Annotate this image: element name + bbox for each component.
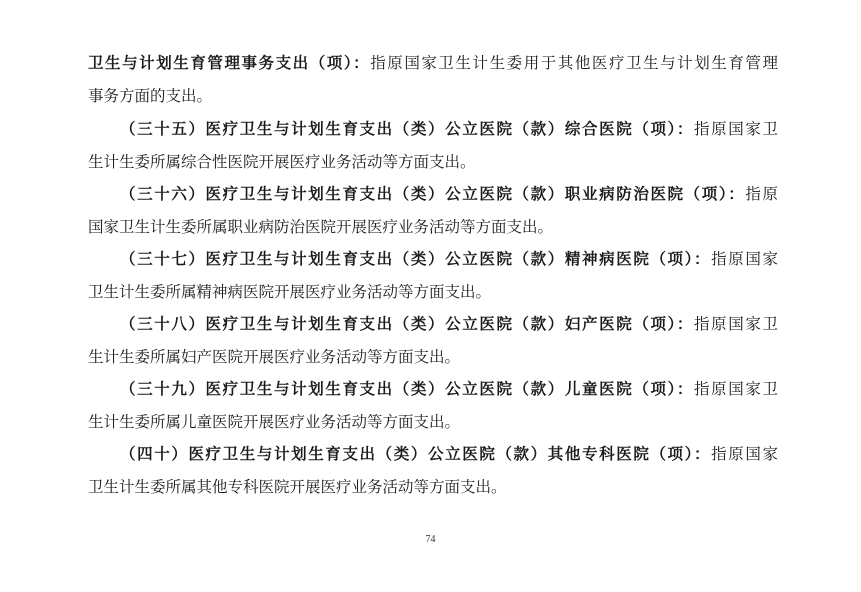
item-heading: （四十）医疗卫生与计划生育支出（类）公立医院（款）其他专科医院（项）：: [120, 445, 711, 463]
item-description: 事务方面的支出。: [88, 87, 212, 105]
paragraph-line: （三十六）医疗卫生与计划生育支出（类）公立医院（款）职业病防治医院（项）：指原: [120, 182, 778, 206]
item-heading: （三十七）医疗卫生与计划生育支出（类）公立医院（款）精神病医院（项）：: [120, 250, 711, 268]
item-description: 生计生委所属妇产医院开展医疗业务活动等方面支出。: [88, 348, 460, 366]
item-description: 指原国家卫生计生委用于其他医疗卫生与计划生育管理: [370, 54, 778, 72]
paragraph-line: （四十）医疗卫生与计划生育支出（类）公立医院（款）其他专科医院（项）：指原国家: [120, 442, 778, 466]
item-description: 指原国家: [711, 250, 778, 268]
item-description: 卫生计生委所属其他专科医院开展医疗业务活动等方面支出。: [88, 478, 507, 496]
paragraph-line: 生计生委所属儿童医院开展医疗业务活动等方面支出。: [88, 410, 778, 434]
item-heading: （三十九）医疗卫生与计划生育支出（类）公立医院（款）儿童医院（项）：: [120, 380, 694, 398]
item-description: 指原国家卫: [694, 380, 778, 398]
paragraph-line: 卫生计生委所属其他专科医院开展医疗业务活动等方面支出。: [88, 475, 778, 499]
item-description: 生计生委所属儿童医院开展医疗业务活动等方面支出。: [88, 413, 460, 431]
document-page: 卫生与计划生育管理事务支出（项）：指原国家卫生计生委用于其他医疗卫生与计划生育管…: [0, 0, 861, 592]
item-description: 卫生计生委所属精神病医院开展医疗业务活动等方面支出。: [88, 283, 491, 301]
item-description: 生计生委所属综合性医院开展医疗业务活动等方面支出。: [88, 153, 476, 171]
paragraph-line: 卫生计生委所属精神病医院开展医疗业务活动等方面支出。: [88, 280, 778, 304]
paragraph-line: 国家卫生计生委所属职业病防治医院开展医疗业务活动等方面支出。: [88, 215, 778, 239]
item-heading: （三十八）医疗卫生与计划生育支出（类）公立医院（款）妇产医院（项）：: [120, 315, 694, 333]
paragraph-line: 生计生委所属妇产医院开展医疗业务活动等方面支出。: [88, 345, 778, 369]
item-heading: 卫生与计划生育管理事务支出（项）：: [88, 54, 370, 72]
paragraph-line: 生计生委所属综合性医院开展医疗业务活动等方面支出。: [88, 150, 778, 174]
item-heading: （三十六）医疗卫生与计划生育支出（类）公立医院（款）职业病防治医院（项）：: [120, 185, 745, 203]
item-description: 指原: [745, 185, 778, 203]
paragraph-line: 事务方面的支出。: [88, 84, 778, 108]
paragraph-line: （三十九）医疗卫生与计划生育支出（类）公立医院（款）儿童医院（项）：指原国家卫: [120, 377, 778, 401]
page-number: 74: [0, 534, 861, 545]
item-heading: （三十五）医疗卫生与计划生育支出（类）公立医院（款）综合医院（项）：: [120, 120, 694, 138]
paragraph-line: （三十七）医疗卫生与计划生育支出（类）公立医院（款）精神病医院（项）：指原国家: [120, 247, 778, 271]
item-description: 指原国家卫: [694, 120, 778, 138]
item-description: 指原国家: [711, 445, 778, 463]
paragraph-line: （三十八）医疗卫生与计划生育支出（类）公立医院（款）妇产医院（项）：指原国家卫: [120, 312, 778, 336]
paragraph-line: （三十五）医疗卫生与计划生育支出（类）公立医院（款）综合医院（项）：指原国家卫: [120, 117, 778, 141]
item-description: 指原国家卫: [694, 315, 778, 333]
item-description: 国家卫生计生委所属职业病防治医院开展医疗业务活动等方面支出。: [88, 218, 553, 236]
paragraph-line: 卫生与计划生育管理事务支出（项）：指原国家卫生计生委用于其他医疗卫生与计划生育管…: [88, 51, 778, 75]
